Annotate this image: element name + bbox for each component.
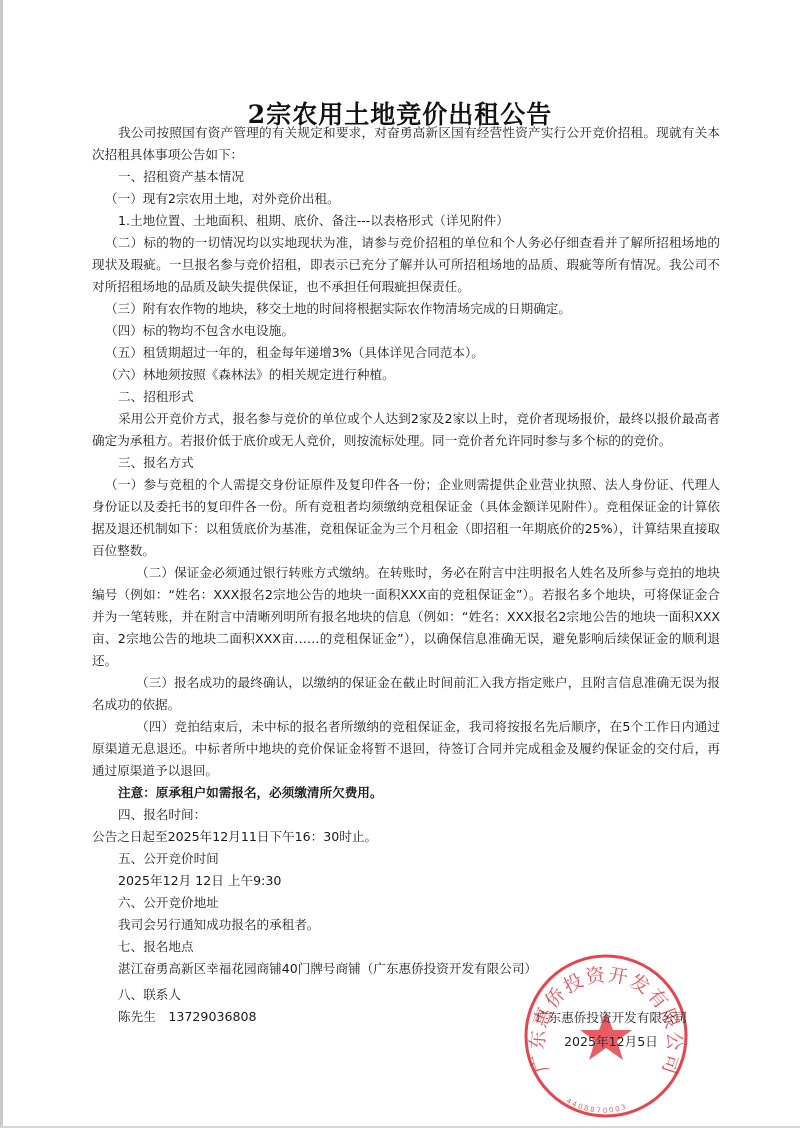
- section-heading-2: 二、招租形式: [92, 386, 720, 408]
- paragraph-2: 采用公开竞价方式，报名参与竞价的单位或个人达到2家及2家以上时，竞价者现场报价，…: [92, 408, 720, 452]
- paragraph-3-3: （三）报名成功的最终确认，以缴纳的保证金在截止时间前汇入我方指定账户，且附言信息…: [92, 672, 720, 716]
- svg-text:4408870003: 4408870003: [565, 1097, 629, 1115]
- section-heading-6: 六、公开竞价地址: [92, 892, 720, 914]
- bidding-time: 2025年12月 12日 上午9:30: [92, 870, 720, 892]
- seal-code: 4408870003: [565, 1097, 629, 1115]
- section-heading-5: 五、公开竞价时间: [92, 848, 720, 870]
- document-body: 我公司按照国有资产管理的有关规定和要求，对奋勇高新区国有经营性资产实行公开竞价招…: [92, 122, 720, 1028]
- paragraph-1-2: （二）标的物的一切情况均以实地现状为准，请参与竞价招租的单位和个人务必仔细查看并…: [92, 232, 720, 298]
- paragraph-1-5: （五）租赁期超过一年的，租金每年递增3%（具体详见合同范本）。: [92, 342, 720, 364]
- paragraph-1-1-1: 1.土地位置、土地面积、租期、底价、备注---以表格形式（详见附件）: [92, 210, 720, 232]
- section-heading-4: 四、报名时间：: [92, 804, 720, 826]
- section-heading-1: 一、招租资产基本情况: [92, 166, 720, 188]
- signature-block: 广东惠侨投资开发有限公司 2025年12月5日: [536, 1006, 726, 1054]
- signature-company: 广东惠侨投资开发有限公司: [536, 1006, 726, 1030]
- paragraph-3-2: （二）保证金必须通过银行转账方式缴纳。在转账时，务必在附言中注明报名人姓名及所参…: [92, 562, 720, 672]
- section-heading-3: 三、报名方式: [92, 452, 720, 474]
- signature-date: 2025年12月5日: [536, 1030, 726, 1054]
- paragraph-1-4: （四）标的物均不包含水电设施。: [92, 320, 720, 342]
- intro-paragraph: 我公司按照国有资产管理的有关规定和要求，对奋勇高新区国有经营性资产实行公开竞价招…: [92, 122, 720, 166]
- paragraph-1-3: （三）附有农作物的地块，移交土地的时间将根据实际农作物清场完成的日期确定。: [92, 298, 720, 320]
- page-edge: [0, 0, 3, 1128]
- paragraph-1-1: （一）现有2宗农用土地，对外竞价出租。: [92, 188, 720, 210]
- paragraph-3-1: （一）参与竞租的个人需提交身份证原件及复印件各一份；企业则需提供企业营业执照、法…: [92, 474, 720, 562]
- paragraph-1-6: （六）林地须按照《森林法》的相关规定进行种植。: [92, 364, 720, 386]
- registration-time: 公告之日起至2025年12月11日下午16：30时止。: [92, 826, 720, 848]
- notice-paragraph: 注意：原承租户如需报名，必须缴清所欠费用。: [92, 782, 720, 804]
- bidding-address: 我司会另行通知成功报名的承租者。: [92, 914, 720, 936]
- paragraph-3-4: （四）竞拍结束后，未中标的报名者所缴纳的竞租保证金，我司将按报名先后顺序，在5个…: [92, 716, 720, 782]
